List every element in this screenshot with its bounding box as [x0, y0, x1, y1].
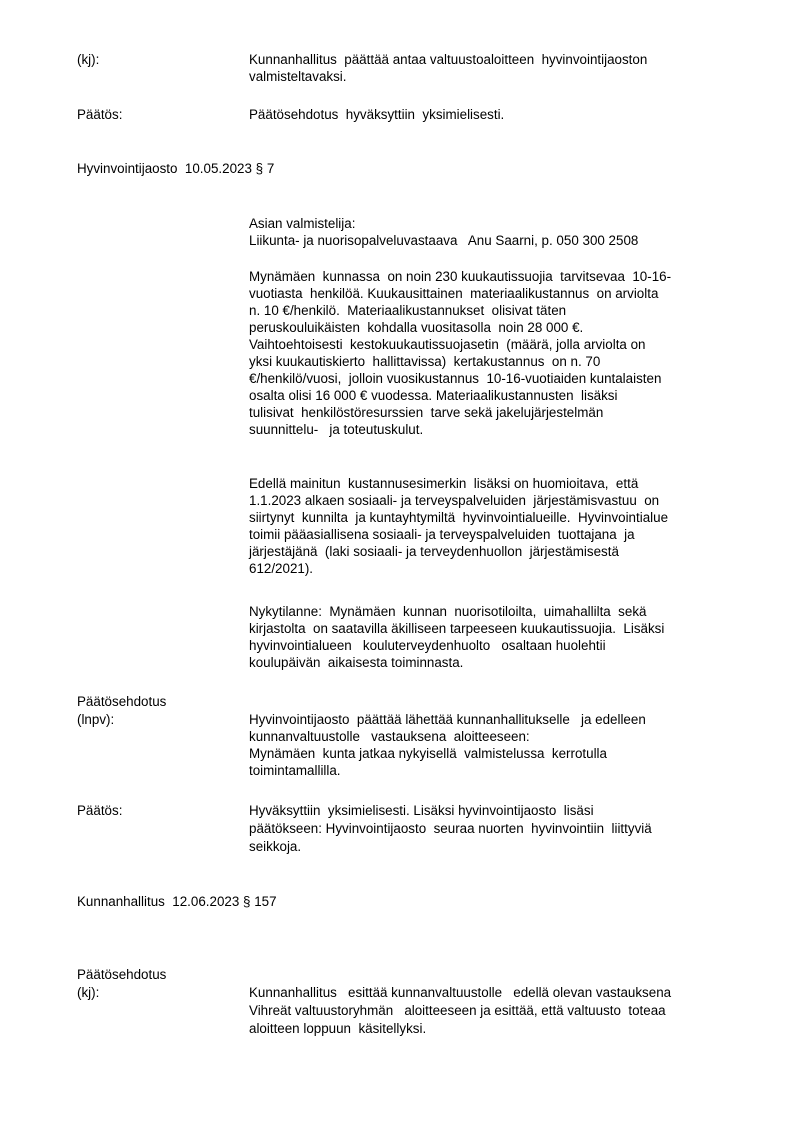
- body-line: valmisteltavaksi.: [249, 68, 346, 85]
- body-line: päätökseen: Hyvinvointijaosto seuraa nuo…: [249, 820, 652, 837]
- body-line: Mynämäen kunta jatkaa nykyisellä valmist…: [249, 745, 607, 762]
- body-line: koulupäivän aikaisesta toiminnasta.: [249, 654, 463, 671]
- body-line: osalta olisi 16 000 € vuodessa. Materiaa…: [249, 387, 617, 404]
- body-line: hyvinvointialueen kouluterveydenhuolto o…: [249, 637, 606, 654]
- body-line: Hyväksyttiin yksimielisesti. Lisäksi hyv…: [249, 802, 594, 819]
- body-line: yksi kuukautiskierto hallittavissa) kert…: [249, 353, 600, 370]
- section-label: (kj):: [77, 984, 99, 1001]
- body-line: toimintamallilla.: [249, 762, 341, 779]
- body-line: Edellä mainitun kustannusesimerkin lisäk…: [249, 475, 638, 492]
- section-label: Päätös:: [77, 802, 122, 819]
- body-line: Vihreät valtuustoryhmän aloitteeseen ja …: [249, 1002, 666, 1019]
- preparer-label: Asian valmistelija:: [249, 215, 355, 232]
- body-line: aloitteen loppuun käsitellyksi.: [249, 1020, 426, 1037]
- preparer-contact: Liikunta- ja nuorisopalveluvastaava Anu …: [249, 232, 638, 249]
- meeting-heading: Hyvinvointijaosto 10.05.2023 § 7: [77, 160, 274, 177]
- body-line: toimii pääasiallisena sosiaali- ja terve…: [249, 526, 635, 543]
- body-line: Vaihtoehtoisesti kestokuukautissuojaseti…: [249, 336, 645, 353]
- body-line: suunnittelu- ja toteutuskulut.: [249, 421, 423, 438]
- body-line: Päätösehdotus hyväksyttiin yksimielisest…: [249, 106, 504, 123]
- body-line: tulisivat henkilöstöresurssien tarve sek…: [249, 404, 603, 421]
- body-line: 612/2021).: [249, 560, 313, 577]
- body-line: €/henkilö/vuosi, jolloin vuosikustannus …: [249, 370, 661, 387]
- body-line: Kunnanhallitus esittää kunnanvaltuustoll…: [249, 984, 671, 1001]
- body-line: seikkoja.: [249, 838, 301, 855]
- body-line: Hyvinvointijaosto päättää lähettää kunna…: [249, 711, 646, 728]
- body-line: Kunnanhallitus päättää antaa valtuustoal…: [249, 51, 647, 68]
- section-label: Päätös:: [77, 106, 122, 123]
- section-label-top: Päätösehdotus: [77, 966, 166, 983]
- body-line: n. 10 €/henkilö. Materiaalikustannukset …: [249, 302, 566, 319]
- document-page: (kj): Kunnanhallitus päättää antaa valtu…: [0, 0, 794, 1122]
- body-line: kunnanvaltuustolle vastauksena aloittees…: [249, 728, 530, 745]
- body-line: kirjastolta on saatavilla äkilliseen tar…: [249, 620, 664, 637]
- body-line: vuotiasta henkilöä. Kuukausittainen mate…: [249, 285, 658, 302]
- body-line: Mynämäen kunnassa on noin 230 kuukautiss…: [249, 268, 671, 285]
- section-label: (lnpv):: [77, 711, 114, 728]
- body-line: Nykytilanne: Mynämäen kunnan nuorisotilo…: [249, 603, 646, 620]
- body-line: siirtynyt kunnilta ja kuntayhtymiltä hyv…: [249, 509, 668, 526]
- body-line: 1.1.2023 alkaen sosiaali- ja terveyspalv…: [249, 492, 659, 509]
- section-label-top: Päätösehdotus: [77, 693, 166, 710]
- body-line: järjestäjänä (laki sosiaali- ja terveyde…: [249, 543, 619, 560]
- body-line: peruskouluikäisten kohdalla vuositasolla…: [249, 319, 583, 336]
- meeting-heading: Kunnanhallitus 12.06.2023 § 157: [77, 893, 277, 910]
- section-label: (kj):: [77, 51, 99, 68]
